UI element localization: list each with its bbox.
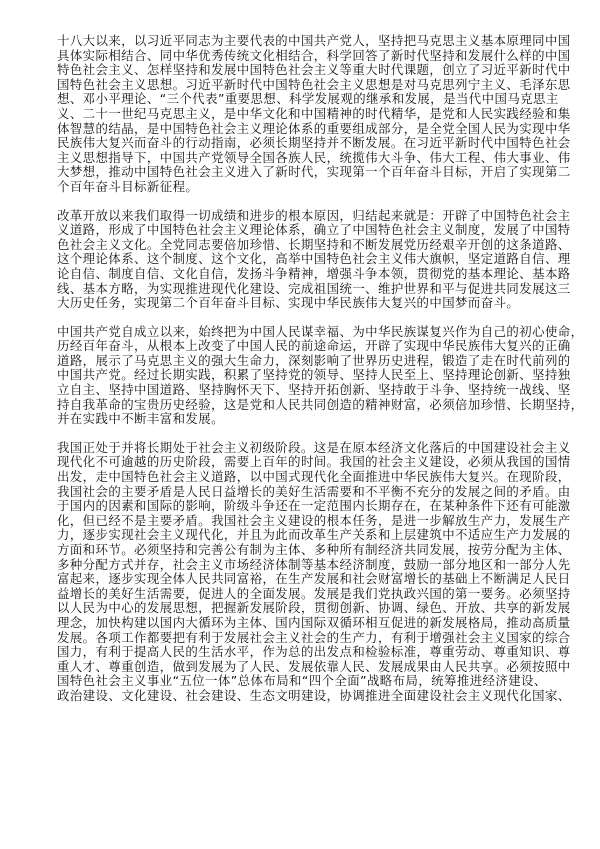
text-line: 现代化不可逾越的历史阶段，需要上百年的时间。我国的社会主义建设，必须从我国的国情 — [57, 455, 547, 470]
paragraph-3: 中国共产党自成立以来，始终把为中国人民谋幸福、为中华民族谋复兴作为自己的初心使命… — [57, 325, 547, 427]
paragraph-1: 十八大以来，以习近平同志为主要代表的中国共产党人，坚持把马克思主义基本原理同中国… — [57, 34, 547, 195]
text-line: 力，逐步实现社会主义现代化，并且为此而改革生产关系和上层建筑中不适应生产力发展的 — [57, 528, 547, 543]
text-line: 政治建设、文化建设、社会建设、生态文明建设，协调推进全面建设社会主义现代化国家、 — [57, 689, 547, 704]
text-line: 大历史任务，实现第二个百年奋斗目标、实现中华民族伟大复兴的中国梦而奋斗。 — [57, 296, 547, 311]
text-line: 国特色社会主义思想。习近平新时代中国特色社会主义思想是对马克思列宁主义、毛泽东思 — [57, 78, 547, 93]
paragraph-4: 我国正处于并将长期处于社会主义初级阶段。这是在原本经济文化落后的中国建设社会主义… — [57, 441, 547, 704]
text-line: 义、二十一世纪马克思主义，是中华文化和中国精神的时代精华，是党和人民实践经验和集 — [57, 107, 547, 122]
text-line: 出发，走中国特色社会主义道路，以中国式现代化全面推进中华民族伟大复兴。在现阶段， — [57, 470, 547, 485]
text-line: 中国共产党。经过长期实践，积累了坚持党的领导、坚持人民至上、坚持理论创新、坚持独 — [57, 368, 547, 383]
text-line: 中国共产党自成立以来，始终把为中国人民谋幸福、为中华民族谋复兴作为自己的初心使命… — [57, 325, 547, 340]
text-line: 我国社会的主要矛盾是人民日益增长的美好生活需要和不平衡不充分的发展之间的矛盾。由 — [57, 485, 547, 500]
text-line: 具体实际相结合、同中华优秀传统文化相结合，科学回答了新时代坚持和发展什么样的中国 — [57, 49, 547, 64]
text-line: 体智慧的结晶，是中国特色社会主义理论体系的重要组成部分，是全党全国人民为实现中华 — [57, 122, 547, 137]
text-line: 国特色社会主义事业“五位一体”总体布局和“四个全面”战略布局，统筹推进经济建设、 — [57, 674, 547, 689]
text-line: 益增长的美好生活需要，促进人的全面发展。发展是我们党执政兴国的第一要务。必须坚持 — [57, 587, 547, 602]
text-line: 于国内的因素和国际的影响，阶级斗争还在一定范围内长期存在，在某种条件下还有可能激 — [57, 499, 547, 514]
text-line: 国力，有利于提高人民的生活水平，作为总的出发点和检验标准，尊重劳动、尊重知识、尊 — [57, 645, 547, 660]
text-line: 色社会主义文化。全党同志要倍加珍惜、长期坚持和不断发展党历经艰辛开创的这条道路、 — [57, 238, 547, 253]
text-line: 重人才、尊重创造，做到发展为了人民、发展依靠人民、发展成果由人民共享。必须按照中 — [57, 660, 547, 675]
text-line: 我国正处于并将长期处于社会主义初级阶段。这是在原本经济文化落后的中国建设社会主义 — [57, 441, 547, 456]
text-line: 改革开放以来我们取得一切成绩和进步的根本原因，归结起来就是：开辟了中国特色社会主 — [57, 209, 547, 224]
text-line: 并在实践中不断丰富和发展。 — [57, 412, 547, 427]
text-line: 发展。各项工作都要把有利于发展社会主义社会的生产力，有利于增强社会主义国家的综合 — [57, 631, 547, 646]
text-line: 论自信、制度自信、文化自信，发扬斗争精神，增强斗争本领，贯彻党的基本理论、基本路 — [57, 267, 547, 282]
text-line: 个百年奋斗目标新征程。 — [57, 180, 547, 195]
text-line: 多种分配方式并存，社会主义市场经济体制等基本经济制度，鼓励一部分地区和一部分人先 — [57, 558, 547, 573]
text-line: 民族伟大复兴而奋斗的行动指南，必须长期坚持并不断发展。在习近平新时代中国特色社会 — [57, 136, 547, 151]
text-line: 历经百年奋斗，从根本上改变了中国人民的前途命运，开辟了实现中华民族伟大复兴的正确 — [57, 339, 547, 354]
document-page: 十八大以来，以习近平同志为主要代表的中国共产党人，坚持把马克思主义基本原理同中国… — [57, 34, 547, 718]
text-line: 义道路，形成了中国特色社会主义理论体系，确立了中国特色社会主义制度，发展了中国特 — [57, 223, 547, 238]
text-line: 方面和环节。必须坚持和完善公有制为主体、多种所有制经济共同发展，按劳分配为主体、 — [57, 543, 547, 558]
text-line: 特色社会主义、怎样坚持和发展中国特色社会主义等重大时代课题，创立了习近平新时代中 — [57, 63, 547, 78]
text-line: 道路，展示了马克思主义的强大生命力，深刻影响了世界历史进程，锻造了走在时代前列的 — [57, 354, 547, 369]
text-line: 线、基本方略，为实现推进现代化建设、完成祖国统一、维护世界和平与促进共同发展这三 — [57, 282, 547, 297]
text-line: 这个理论体系、这个制度、这个文化，高举中国特色社会主义伟大旗帜，坚定道路自信、理 — [57, 252, 547, 267]
paragraph-2: 改革开放以来我们取得一切成绩和进步的根本原因，归结起来就是：开辟了中国特色社会主… — [57, 209, 547, 311]
text-line: 理念，加快构建以国内大循环为主体、国内国际双循环相互促进的新发展格局，推动高质量 — [57, 616, 547, 631]
text-line: 以人民为中心的发展思想，把握新发展阶段，贯彻创新、协调、绿色、开放、共享的新发展 — [57, 601, 547, 616]
text-line: 化，但已经不是主要矛盾。我国社会主义建设的根本任务，是进一步解放生产力，发展生产 — [57, 514, 547, 529]
text-line: 想、邓小平理论、“三个代表”重要思想、科学发展观的继承和发展，是当代中国马克思主 — [57, 92, 547, 107]
text-line: 主义思想指导下，中国共产党领导全国各族人民，统揽伟大斗争、伟大工程、伟大事业、伟 — [57, 151, 547, 166]
text-line: 持自我革命的宝贵历史经验，这是党和人民共同创造的精神财富，必须倍加珍惜、长期坚持… — [57, 398, 547, 413]
text-line: 大梦想，推动中国特色社会主义进入了新时代，实现第一个百年奋斗目标，开启了实现第二 — [57, 165, 547, 180]
text-line: 立自主、坚持中国道路、坚持胸怀天下、坚持开拓创新、坚持敢于斗争、坚持统一战线、坚 — [57, 383, 547, 398]
text-line: 十八大以来，以习近平同志为主要代表的中国共产党人，坚持把马克思主义基本原理同中国 — [57, 34, 547, 49]
text-line: 富起来，逐步实现全体人民共同富裕，在生产发展和社会财富增长的基础上不断满足人民日 — [57, 572, 547, 587]
